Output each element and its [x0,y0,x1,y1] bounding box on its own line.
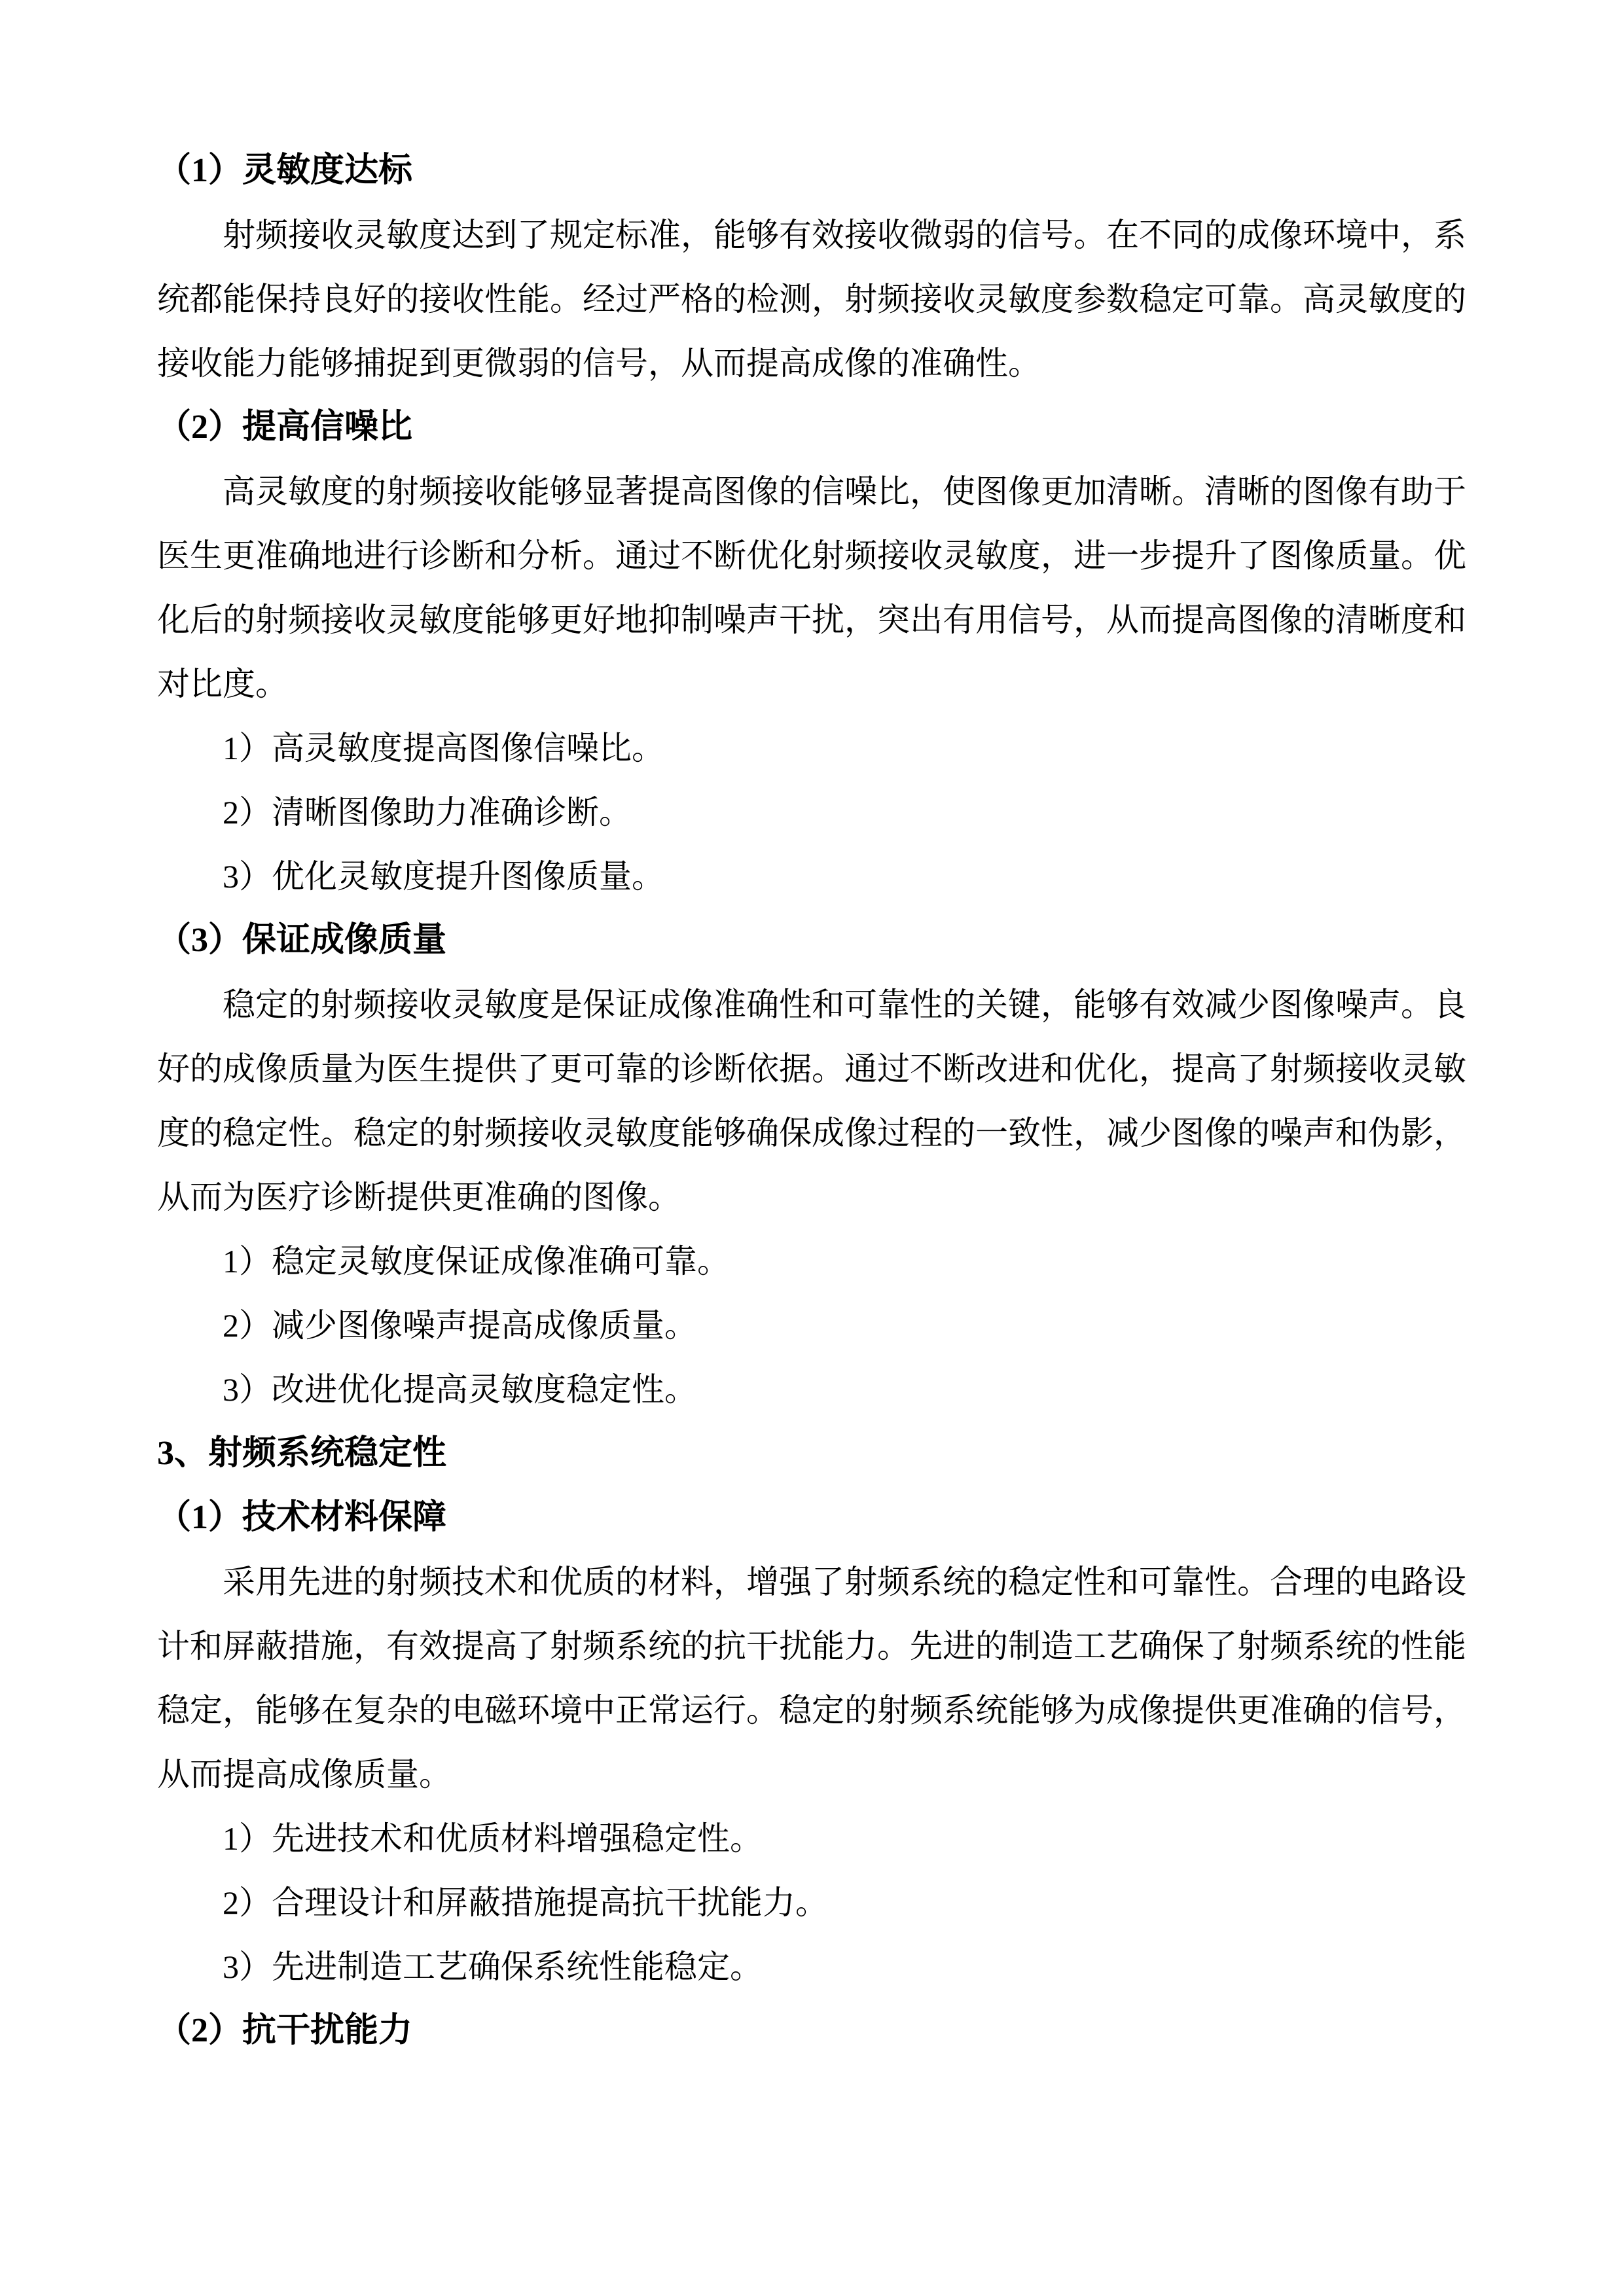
list-item-snr-1: 1）高灵敏度提高图像信噪比。 [157,716,1466,780]
heading-ensure-imaging-quality: （3）保证成像质量 [157,908,1466,973]
paragraph-line: 度的稳定性。稳定的射频接收灵敏度能够确保成像过程的一致性，减少图像的噪声和伪影， [157,1101,1466,1165]
list-item-stability-1: 1）先进技术和优质材料增强稳定性。 [157,1806,1466,1871]
paragraph-line: 稳定的射频接收灵敏度是保证成像准确性和可靠性的关键，能够有效减少图像噪声。良 [157,973,1466,1037]
paragraph-line: 化后的射频接收灵敏度能够更好地抑制噪声干扰，突出有用信号，从而提高图像的清晰度和 [157,588,1466,652]
list-item-stability-3: 3）先进制造工艺确保系统性能稳定。 [157,1935,1466,1999]
heading-anti-interference: （2）抗干扰能力 [157,1999,1466,2063]
paragraph-improve-snr: 高灵敏度的射频接收能够显著提高图像的信噪比，使图像更加清晰。清晰的图像有助于 医… [157,459,1466,716]
paragraph-line: 统都能保持良好的接收性能。经过严格的检测，射频接收灵敏度参数稳定可靠。高灵敏度的 [157,267,1466,331]
document-page: （1）灵敏度达标 射频接收灵敏度达到了规定标准，能够有效接收微弱的信号。在不同的… [0,0,1624,2296]
paragraph-line: 医生更准确地进行诊断和分析。通过不断优化射频接收灵敏度，进一步提升了图像质量。优 [157,524,1466,588]
heading-improve-snr: （2）提高信噪比 [157,395,1466,459]
list-item-quality-3: 3）改进优化提高灵敏度稳定性。 [157,1357,1466,1422]
paragraph-tech-material-guarantee: 采用先进的射频技术和优质的材料，增强了射频系统的稳定性和可靠性。合理的电路设 计… [157,1550,1466,1806]
heading-rf-system-stability: 3、射频系统稳定性 [157,1422,1466,1486]
paragraph-line: 高灵敏度的射频接收能够显著提高图像的信噪比，使图像更加清晰。清晰的图像有助于 [157,459,1466,524]
heading-tech-material-guarantee: （1）技术材料保障 [157,1486,1466,1550]
paragraph-line: 从而提高成像质量。 [157,1742,1466,1806]
paragraph-line: 对比度。 [157,652,1466,716]
paragraph-line: 射频接收灵敏度达到了规定标准，能够有效接收微弱的信号。在不同的成像环境中，系 [157,203,1466,267]
page-content: （1）灵敏度达标 射频接收灵敏度达到了规定标准，能够有效接收微弱的信号。在不同的… [157,139,1466,2063]
paragraph-line: 接收能力能够捕捉到更微弱的信号，从而提高成像的准确性。 [157,331,1466,395]
list-item-quality-2: 2）减少图像噪声提高成像质量。 [157,1293,1466,1357]
paragraph-sensitivity-standard: 射频接收灵敏度达到了规定标准，能够有效接收微弱的信号。在不同的成像环境中，系 统… [157,203,1466,395]
list-item-quality-1: 1）稳定灵敏度保证成像准确可靠。 [157,1229,1466,1293]
paragraph-line: 稳定，能够在复杂的电磁环境中正常运行。稳定的射频系统能够为成像提供更准确的信号， [157,1678,1466,1742]
paragraph-ensure-imaging-quality: 稳定的射频接收灵敏度是保证成像准确性和可靠性的关键，能够有效减少图像噪声。良 好… [157,973,1466,1229]
list-item-snr-3: 3）优化灵敏度提升图像质量。 [157,844,1466,908]
paragraph-line: 从而为医疗诊断提供更准确的图像。 [157,1165,1466,1229]
heading-sensitivity-standard: （1）灵敏度达标 [157,139,1466,203]
paragraph-line: 计和屏蔽措施，有效提高了射频系统的抗干扰能力。先进的制造工艺确保了射频系统的性能 [157,1614,1466,1678]
list-item-snr-2: 2）清晰图像助力准确诊断。 [157,780,1466,844]
paragraph-line: 好的成像质量为医生提供了更可靠的诊断依据。通过不断改进和优化，提高了射频接收灵敏 [157,1037,1466,1101]
list-item-stability-2: 2）合理设计和屏蔽措施提高抗干扰能力。 [157,1871,1466,1935]
paragraph-line: 采用先进的射频技术和优质的材料，增强了射频系统的稳定性和可靠性。合理的电路设 [157,1550,1466,1614]
